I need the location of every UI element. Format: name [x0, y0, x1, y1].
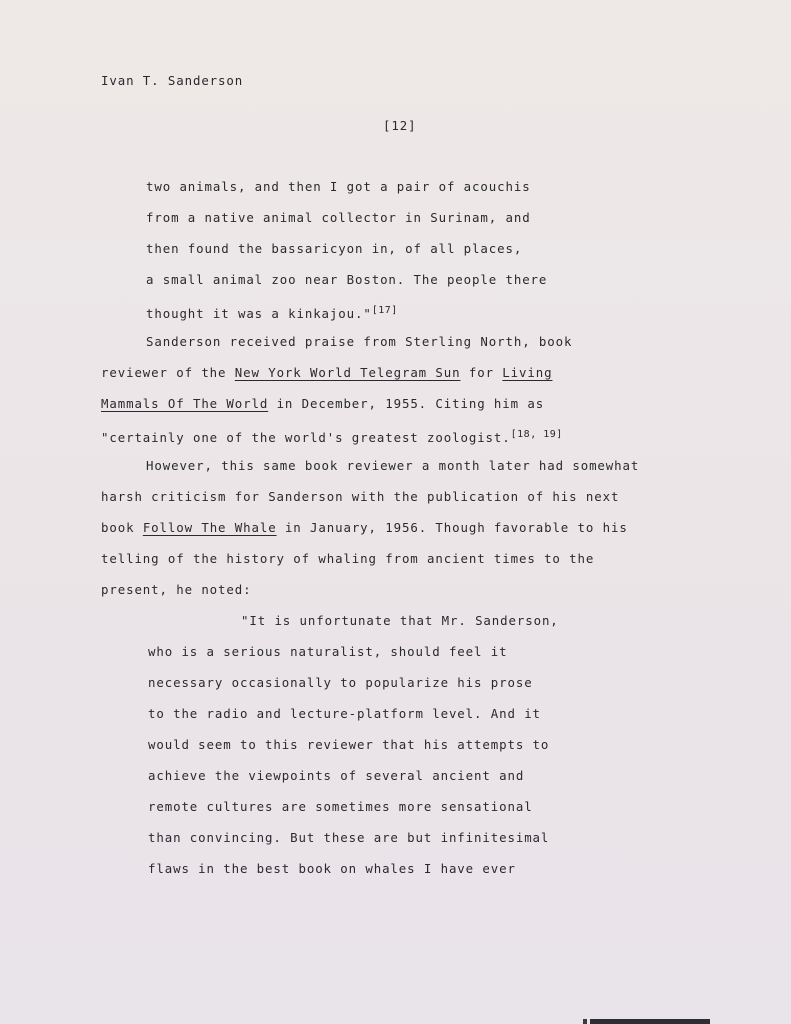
text-segment: reviewer of the	[101, 365, 235, 380]
quote-line: than convincing. But these are but infin…	[148, 830, 549, 846]
text-line: book Follow The Whale in January, 1956. …	[101, 520, 628, 536]
quote-line: would seem to this reviewer that his att…	[148, 737, 549, 753]
text-line: Sanderson received praise from Sterling …	[146, 334, 572, 350]
quote-line: achieve the viewpoints of several ancien…	[148, 768, 524, 784]
quote-line: "It is unfortunate that Mr. Sanderson,	[241, 613, 559, 629]
text-segment: book	[101, 520, 143, 535]
text-segment: in December, 1955. Citing him as	[268, 396, 544, 411]
text-segment: "certainly one of the world's greatest z…	[101, 430, 511, 445]
text-line: reviewer of the New York World Telegram …	[101, 365, 552, 381]
text-line: harsh criticism for Sanderson with the p…	[101, 489, 619, 505]
quote-line: to the radio and lecture-platform level.…	[148, 706, 541, 722]
scan-artifact	[590, 1019, 710, 1024]
author-header: Ivan T. Sanderson	[101, 73, 243, 89]
document-page: Ivan T. Sanderson [12] two animals, and …	[0, 0, 791, 1024]
text-line: Mammals Of The World in December, 1955. …	[101, 396, 544, 412]
text-line: then found the bassaricyon in, of all pl…	[146, 241, 522, 257]
text-line: two animals, and then I got a pair of ac…	[146, 179, 531, 195]
text-line: present, he noted:	[101, 582, 251, 598]
text-line: from a native animal collector in Surina…	[146, 210, 531, 226]
quote-line: necessary occasionally to popularize his…	[148, 675, 533, 691]
quote-line: flaws in the best book on whales I have …	[148, 861, 516, 877]
book-title: Follow The Whale	[143, 520, 277, 535]
text-line: telling of the history of whaling from a…	[101, 551, 594, 567]
page-number: [12]	[383, 118, 416, 134]
text-line: "certainly one of the world's greatest z…	[101, 427, 563, 446]
book-title: Living	[502, 365, 552, 380]
text-segment: in January, 1956. Though favorable to hi…	[277, 520, 628, 535]
quote-line: remote cultures are sometimes more sensa…	[148, 799, 533, 815]
book-title: Mammals Of The World	[101, 396, 268, 411]
quote-end-text: thought it was a kinkajou."	[146, 306, 372, 321]
footnote-ref: [17]	[372, 305, 398, 316]
text-line: However, this same book reviewer a month…	[146, 458, 639, 474]
text-line: thought it was a kinkajou."[17]	[146, 303, 398, 322]
text-segment: for	[460, 365, 502, 380]
footnote-ref: [18, 19]	[511, 429, 563, 440]
quote-line: who is a serious naturalist, should feel…	[148, 644, 507, 660]
publication-title: New York World Telegram Sun	[235, 365, 461, 380]
text-line: a small animal zoo near Boston. The peop…	[146, 272, 547, 288]
